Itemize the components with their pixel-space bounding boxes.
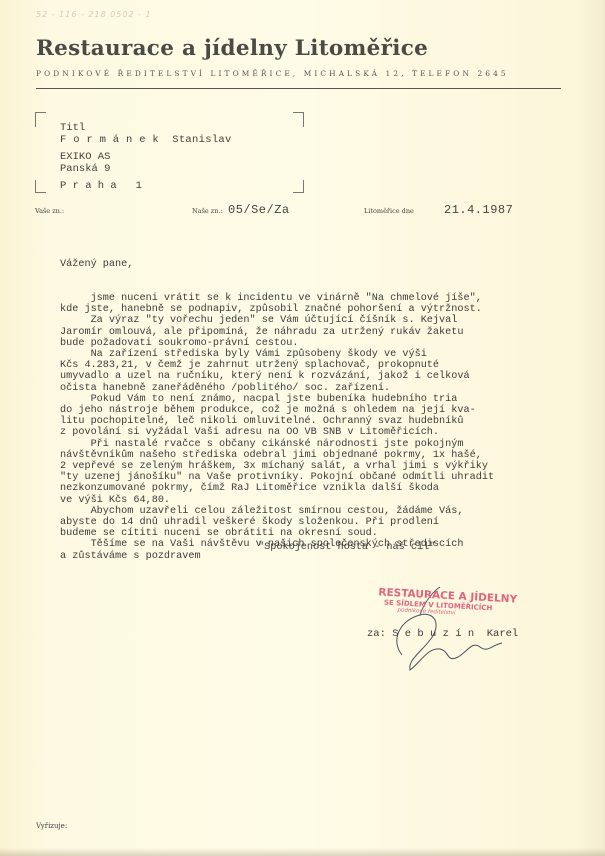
- letter-line: Za výraz "ty vořechu jeden" se Vám účtuj…: [60, 315, 600, 326]
- letter-line: Při nastalé rvačce s občany cikánské nár…: [60, 439, 600, 450]
- handled-by-label: Vyřizuje:: [36, 822, 67, 830]
- company-name: Restaurace a jídelny Litoměřice: [36, 36, 428, 61]
- recipient-company: EXIKO AS: [60, 151, 110, 163]
- letter-body: Vážený pane, jsme nuceni vrátit se k inc…: [60, 237, 600, 573]
- letter-line: abyste do 14 dnů uhradil veškeré škody s…: [60, 517, 600, 528]
- letter-date: 21.4.1987: [444, 203, 513, 217]
- letter-line: litu pochopitelné, leč nikoli omluviteln…: [60, 416, 600, 427]
- letter-line: "ty uzenej jánošíku" na Vaše protivníky.…: [60, 472, 600, 483]
- your-ref-label: Vaše zn.:: [35, 207, 64, 215]
- letter-line: 2 vepřevé se zeleným hráškem, 3x míchaný…: [60, 461, 600, 472]
- letter-paragraphs: jsme nuceni vrátit se k incidentu ve vin…: [60, 293, 600, 562]
- our-ref-value: 05/Se/Za: [228, 203, 290, 217]
- salutation: Vážený pane,: [60, 259, 600, 270]
- paper-bottom-edge: [0, 848, 605, 856]
- letter-line: kde jste, hanebně se podnapiv, způsobil …: [60, 304, 600, 315]
- company-address: PODNIKOVÉ ŘEDITELSTVÍ LITOMĚŘICE, MICHAL…: [36, 69, 509, 78]
- header-divider: [36, 88, 561, 89]
- letter-line: budeme se cítiti nuceni se obrátiti na o…: [60, 528, 600, 539]
- address-bracket-bottom-right: [293, 180, 304, 193]
- recipient-title: Titl: [60, 122, 85, 134]
- letter-line: nezkonzumované pokrmy, čímž RaJ Litoměři…: [60, 483, 600, 494]
- address-bracket-top-left: [35, 112, 46, 127]
- letter-line: bude požadovati soukromo-právní cestou.: [60, 338, 600, 349]
- company-motto: "Spokojenost hosta - náš cíl": [258, 542, 435, 553]
- archive-note: 52 - 116 - 218 0502 - 1: [36, 10, 152, 19]
- address-bracket-top-right: [293, 112, 304, 127]
- letter-line: ve výši Kčs 64,80.: [60, 495, 600, 506]
- letter-line: očista hanebně zaneřáděného /poblitého/ …: [60, 383, 600, 394]
- letter-line: z povolání si vyžádal Vaši adresu na OO …: [60, 427, 600, 438]
- letter-line: Abychom uzavřeli celou záležitost smírno…: [60, 506, 600, 517]
- place-date-label: Litoměřice dne: [364, 207, 414, 215]
- our-ref-label: Naše zn.:: [192, 207, 223, 215]
- letter-line: do jeho nástroje během produkce, což je …: [60, 405, 600, 416]
- letter-line: Kčs 4.283,21, v čemž je zahrnut utržený …: [60, 360, 600, 371]
- letter-line: návštěvníkům našeho střediska odebral ji…: [60, 450, 600, 461]
- address-bracket-bottom-left: [35, 180, 46, 193]
- letter-line: Pokud Vám to není známo, nacpal jste bub…: [60, 394, 600, 405]
- letter-line: jsme nuceni vrátit se k incidentu ve vin…: [60, 293, 600, 304]
- recipient-city: P r a h a 1: [60, 180, 142, 192]
- recipient-name: F o r m á n e k Stanislav: [60, 134, 232, 146]
- letter-line: Jaromír omlouvá, ale připomíná, že náhra…: [60, 327, 600, 338]
- signer-name: za: S e b u z í n Karel: [367, 628, 518, 640]
- letter-line: Na zařízení střediska byly Vámi způsoben…: [60, 349, 600, 360]
- recipient-street: Panská 9: [60, 163, 110, 175]
- letter-line: umyvadlo a uzel na ručníku, který není k…: [60, 371, 600, 382]
